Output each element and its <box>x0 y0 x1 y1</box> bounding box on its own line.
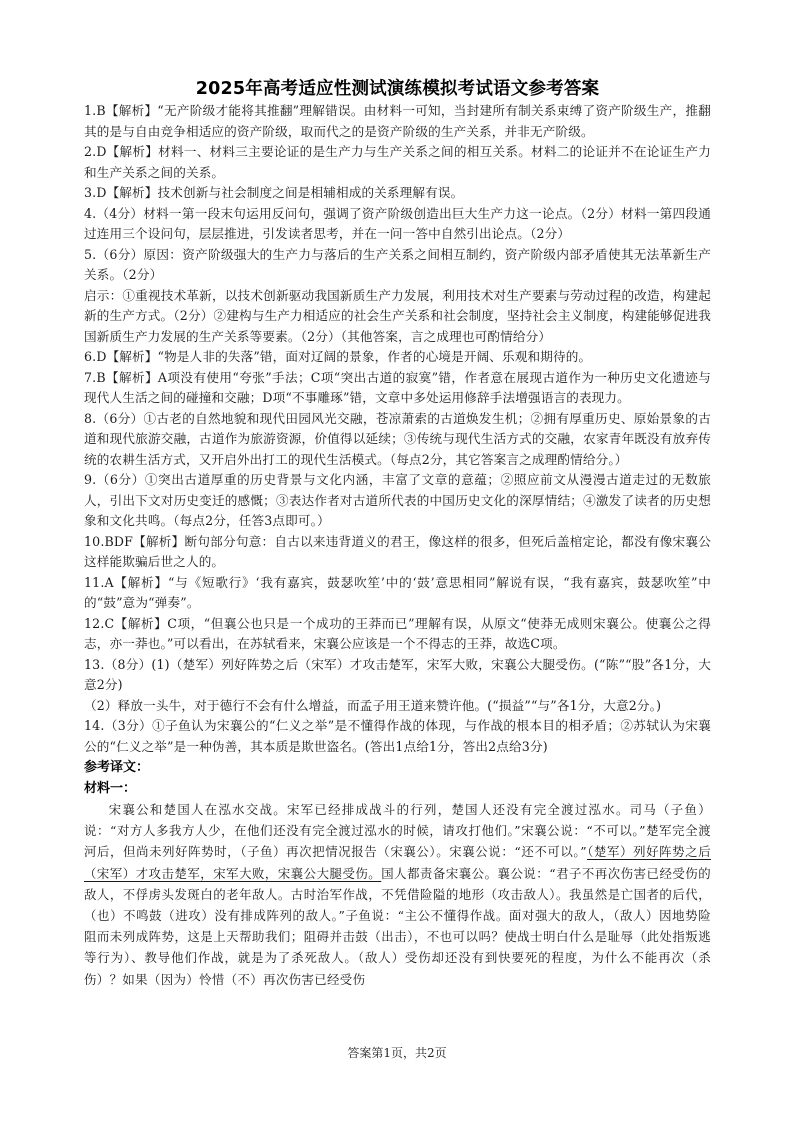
answer-q12: 12.C【解析】C项，“但襄公也只是一个成功的王莽而已”理解有误，从原文“使莽无… <box>84 614 711 655</box>
page-footer: 答案第1页，共2页 <box>0 1044 794 1061</box>
translation-text-after: 国人都责备宋襄公。襄公说：“君子不再次伤害已经受伤的敌人，不俘虏头发斑白的老年敌… <box>84 866 711 987</box>
answer-q13-part2: （2）释放一头牛，对于德行不会有什么增益，而孟子用王道来赞许他。(“损益”“与”… <box>84 696 711 717</box>
answer-q5-inspiration: 启示：①重视技术革新，以技术创新驱动我国新质生产力发展，利用技术对生产要素与劳动… <box>84 286 711 348</box>
answer-q1: 1.B【解析】“无产阶级才能将其推翻”理解错误。由材料一可知，当封建所有制关系束… <box>84 101 711 142</box>
answer-q10: 10.BDF【解析】断句部分句意：自古以来违背道义的君王，像这样的很多，但死后盖… <box>84 532 711 573</box>
answer-q11: 11.A【解析】“与《短歌行》‘我有嘉宾，鼓瑟吹笙’中的‘鼓’意思相同”解说有误… <box>84 573 711 614</box>
material-one-heading: 材料一： <box>84 778 711 799</box>
answer-document: 2025年高考适应性测试演练模拟考试语文参考答案 1.B【解析】“无产阶级才能将… <box>84 78 711 990</box>
answer-q13-part1: 13.（8分）(1)（楚军）列好阵势之后（宋军）才攻击楚军，宋军大败，宋襄公大腿… <box>84 655 711 696</box>
document-title: 2025年高考适应性测试演练模拟考试语文参考答案 <box>84 78 711 100</box>
answer-q9: 9.（6分）①突出古道厚重的历史背景与文化内涵，丰富了文章的意蕴；②照应前文从漫… <box>84 470 711 532</box>
answer-q14: 14.（3分）①子鱼认为宋襄公的“仁义之举”是不懂得作战的体现，与作战的根本目的… <box>84 716 711 757</box>
answer-q8: 8.（6分）①古老的自然地貌和现代田园风光交融，苍凉萧索的古道焕发生机；②拥有厚… <box>84 409 711 471</box>
answer-q7: 7.B【解析】A项没有使用“夸张”手法；C项“突出古道的寂寞”错，作者意在展现古… <box>84 368 711 409</box>
answer-q6: 6.D【解析】“物是人非的失落”错，面对辽阔的景象，作者的心境是开阔、乐观和期待… <box>84 347 711 368</box>
answer-q4: 4.（4分）材料一第一段末句运用反问句，强调了资产阶级创造出巨大生产力这一论点。… <box>84 204 711 245</box>
translation-heading: 参考译文： <box>84 757 711 778</box>
translation-paragraph: 宋襄公和楚国人在泓水交战。宋军已经排成战斗的行列，楚国人还没有完全渡过泓水。司马… <box>84 799 711 990</box>
answer-q3: 3.D【解析】技术创新与社会制度之间是相辅相成的关系理解有误。 <box>84 183 711 204</box>
answer-q5: 5.（6分）原因：资产阶级强大的生产力与落后的生产关系之间相互制约，资产阶级内部… <box>84 245 711 286</box>
answer-q2: 2.D【解析】材料一、材料三主要论证的是生产力与生产关系之间的相互关系。材料二的… <box>84 142 711 183</box>
